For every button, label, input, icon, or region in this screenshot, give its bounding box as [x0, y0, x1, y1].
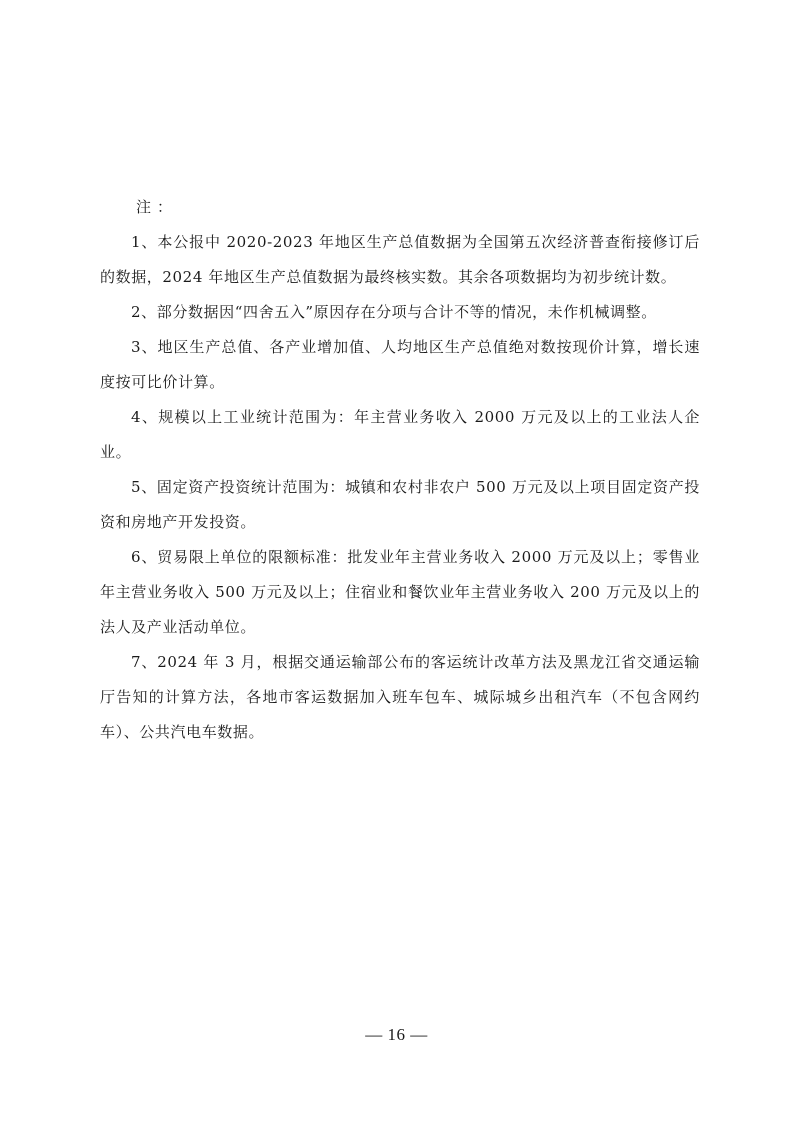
notes-section: 注 ： 1、本公报中 2020-2023 年地区生产总值数据为全国第五次经济普查… — [100, 190, 700, 750]
note-item-3: 3、地区生产总值、各产业增加值、人均地区生产总值绝对数按现价计算，增长速度按可比… — [100, 330, 700, 400]
note-item-2: 2、部分数据因“四舍五入”原因存在分项与合计不等的情况，未作机械调整。 — [100, 295, 700, 330]
document-page: 注 ： 1、本公报中 2020-2023 年地区生产总值数据为全国第五次经济普查… — [0, 0, 793, 1122]
note-item-7: 7、2024 年 3 月，根据交通运输部公布的客运统计改革方法及黑龙江省交通运输… — [100, 645, 700, 750]
note-item-4: 4、规模以上工业统计范围为：年主营业务收入 2000 万元及以上的工业法人企业。 — [100, 400, 700, 470]
note-item-5: 5、固定资产投资统计范围为：城镇和农村非农户 500 万元及以上项目固定资产投资… — [100, 470, 700, 540]
notes-title: 注 ： — [100, 190, 700, 225]
note-item-6: 6、贸易限上单位的限额标准：批发业年主营业务收入 2000 万元及以上；零售业年… — [100, 540, 700, 645]
note-item-1: 1、本公报中 2020-2023 年地区生产总值数据为全国第五次经济普查衔接修订… — [100, 225, 700, 295]
page-number: — 16 — — [0, 1025, 793, 1045]
